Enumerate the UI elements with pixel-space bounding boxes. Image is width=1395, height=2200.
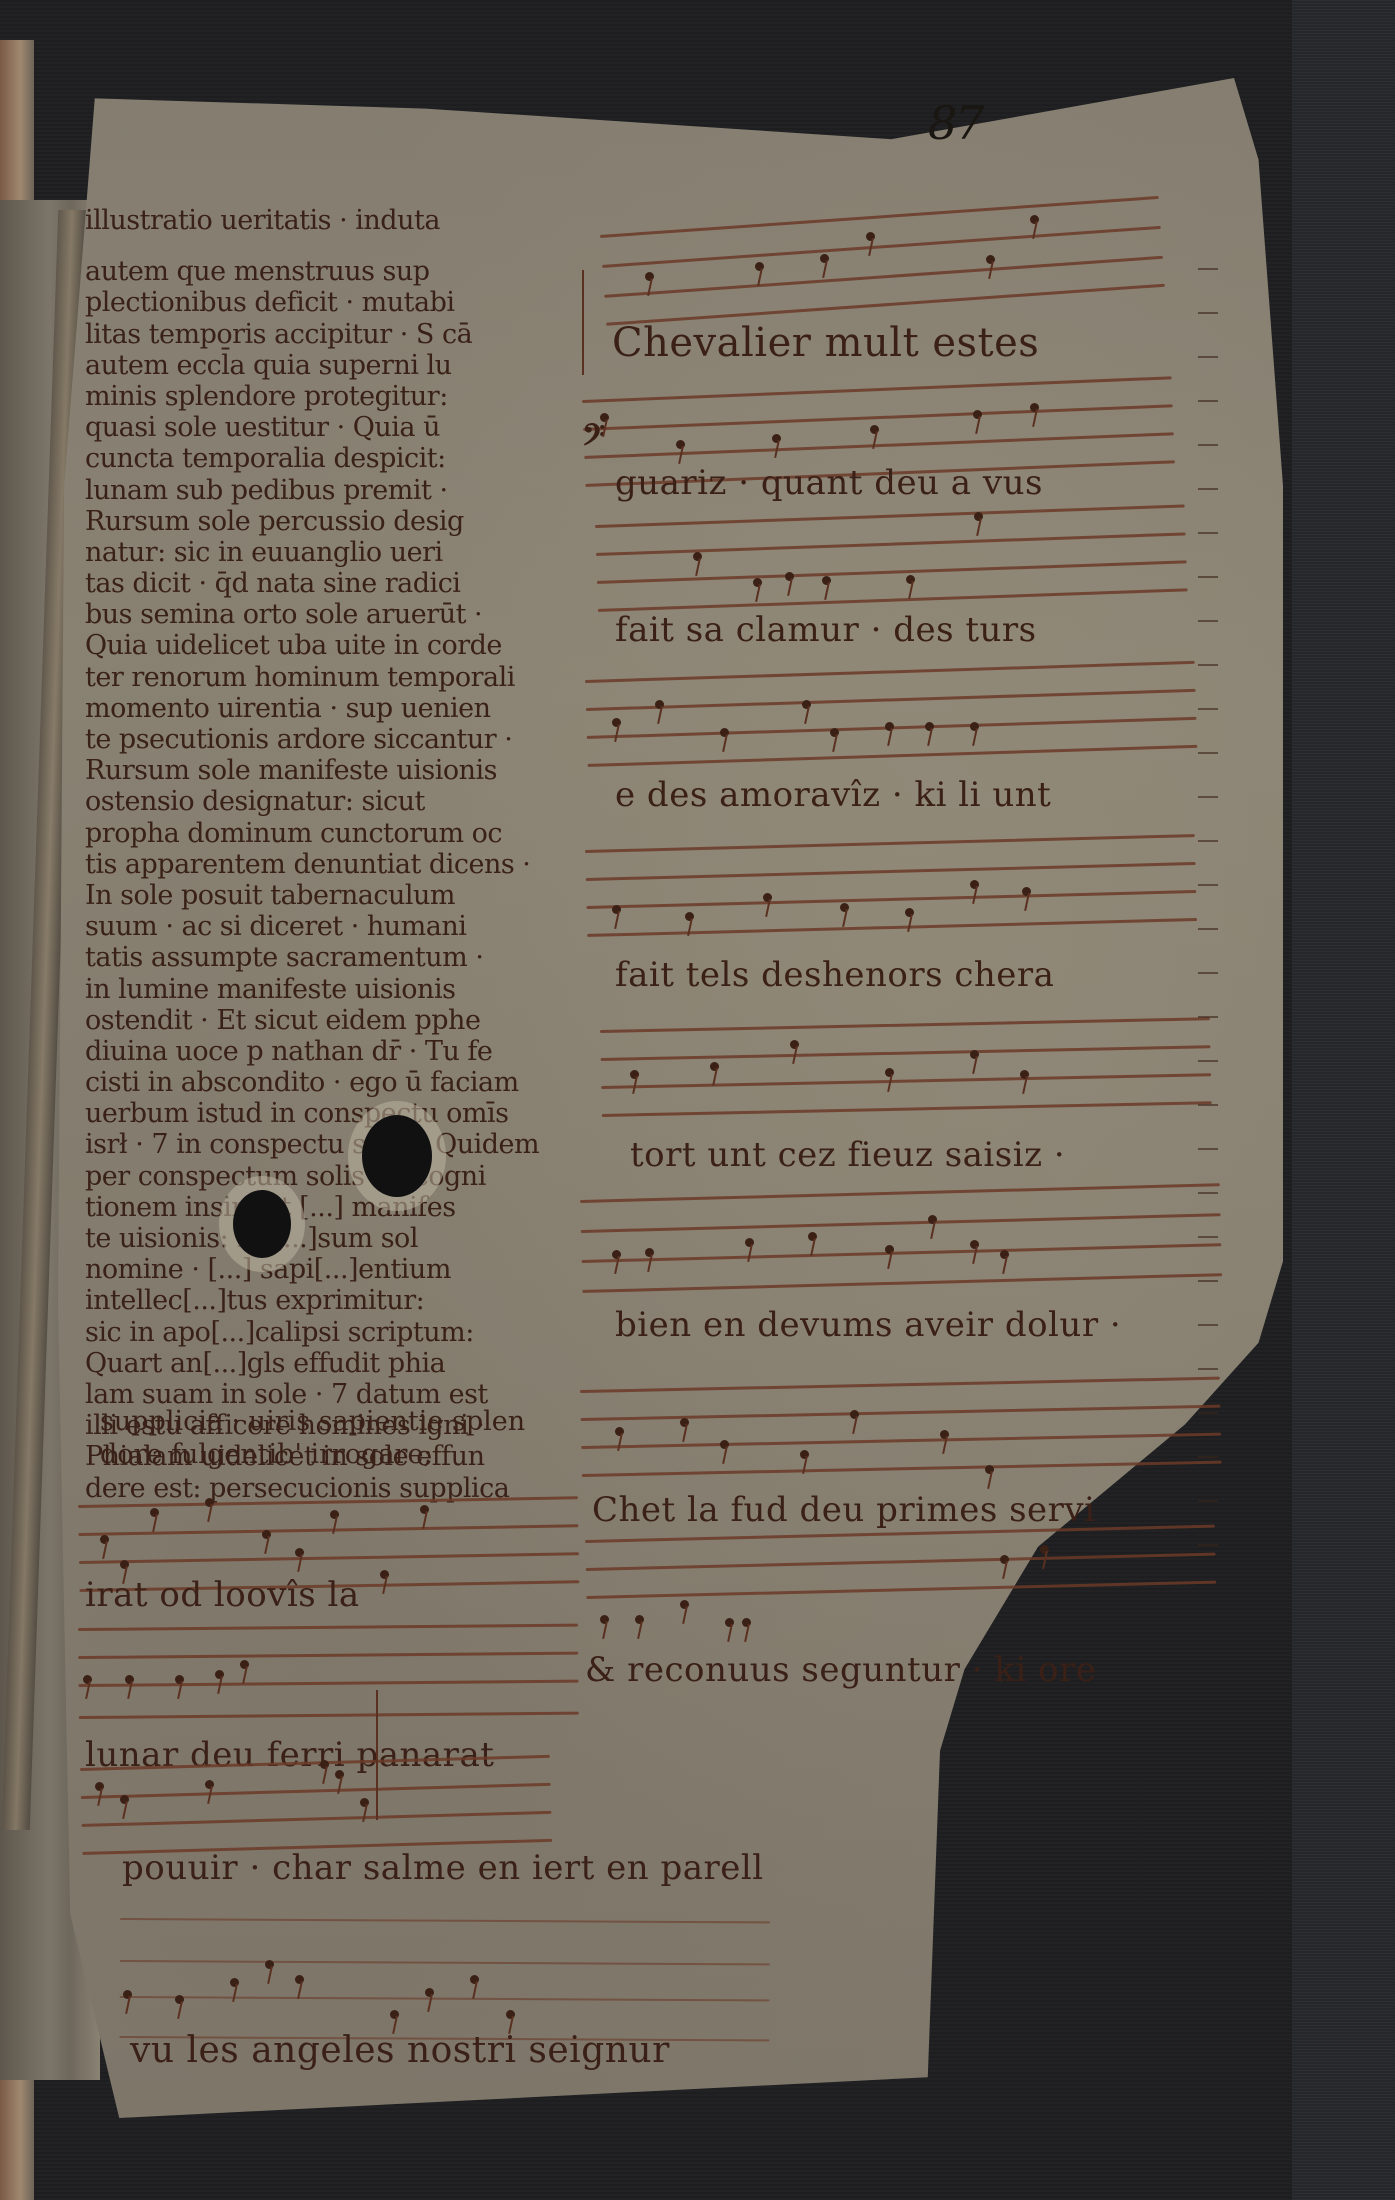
neume: [175, 1675, 184, 1684]
neume: [725, 1618, 734, 1627]
neume: [685, 912, 694, 921]
neume: [265, 1960, 274, 1969]
latin-line: Quia uidelicet uba uite in corde: [85, 630, 605, 661]
neume: [205, 1780, 214, 1789]
folio-number: 87: [928, 96, 983, 150]
neume: [425, 1988, 434, 1997]
lyric-line: irat od loovîs la: [85, 1575, 360, 1615]
neume: [600, 413, 609, 422]
latin-line: sic in apo[...]calipsi scriptum:: [85, 1317, 605, 1348]
latin-line: te uisionis: Ru[...]sum sol: [85, 1223, 605, 1254]
neume: [645, 1248, 654, 1257]
neume: [125, 1675, 134, 1684]
neume: [905, 908, 914, 917]
neume: [635, 1615, 644, 1624]
neume: [120, 1560, 129, 1569]
lyric-line: Chevalier mult estes: [612, 320, 1039, 366]
neume: [655, 700, 664, 709]
latin-line: per conspectum solis · ū cogni: [85, 1161, 605, 1192]
neume: [970, 1050, 979, 1059]
latin-line: suum · ac si diceret · humani: [85, 911, 605, 942]
neume: [820, 254, 829, 263]
neume: [612, 718, 621, 727]
neume: [885, 1068, 894, 1077]
lyric-line: tort unt cez fieuz saisiz ·: [630, 1135, 1065, 1175]
latin-continuation: supplicia · uiris sapientie splen dore f…: [100, 1405, 620, 1471]
neume: [885, 1245, 894, 1254]
neume: [940, 1430, 949, 1439]
neume: [974, 512, 983, 521]
neume: [970, 1240, 979, 1249]
neume: [390, 2010, 399, 2019]
neume: [755, 262, 764, 271]
latin-line: Rursum sole percussio desig: [85, 506, 605, 537]
latin-line: intellec[...]tus exprimitur:: [85, 1285, 605, 1316]
latin-line: ter renorum hominum temporali: [85, 662, 605, 693]
latin-line: autem eccl̄a quia superni lu: [85, 350, 605, 381]
neume: [230, 1978, 239, 1987]
neume: [120, 1795, 129, 1804]
neume: [785, 572, 794, 581]
latin-line: litas temporis accipitur · S cā: [85, 319, 605, 350]
neume: [745, 1238, 754, 1247]
neume: [615, 1427, 624, 1436]
neume: [772, 434, 781, 443]
neume: [885, 722, 894, 731]
neume: [840, 903, 849, 912]
latin-line: quasi sole uestitur · Quia ū: [85, 412, 605, 443]
neume: [240, 1660, 249, 1669]
neume: [612, 905, 621, 914]
clef-icon: 𝄢: [582, 418, 605, 461]
neume: [866, 232, 875, 241]
lyric-line: fait tels deshenors chera: [615, 955, 1054, 995]
neume: [295, 1548, 304, 1557]
neume: [612, 1250, 621, 1259]
neume: [1030, 215, 1039, 224]
lyric-line: Chet la fud deu primes servi: [592, 1490, 1096, 1530]
latin-line: nomine · [...] sapi[...]entium: [85, 1254, 605, 1285]
neume: [710, 1062, 719, 1071]
neume: [680, 1418, 689, 1427]
neume: [870, 425, 879, 434]
neume: [630, 1070, 639, 1079]
neume: [150, 1508, 159, 1517]
neume: [830, 728, 839, 737]
neume: [470, 1975, 479, 1984]
lyric-line: e des amoravîz · ki li unt: [615, 775, 1051, 815]
latin-line: te psecutionis ardore siccantur ·: [85, 724, 605, 755]
neume: [986, 255, 995, 264]
neume: [600, 1615, 609, 1624]
neume: [753, 578, 762, 587]
neume: [645, 272, 654, 281]
latin-line: dore fulgentib' irrogare;: [100, 1438, 620, 1471]
neume: [802, 700, 811, 709]
neume: [330, 1510, 339, 1519]
latin-line: Quart an[...]gls effudit phia: [85, 1348, 605, 1379]
lyric-line: & reconuus seguntur · ki ore: [585, 1650, 1096, 1690]
hole: [362, 1115, 432, 1197]
neume: [175, 1995, 184, 2004]
latin-line: autem que menstruus sup: [85, 256, 605, 287]
margin-rule: [582, 270, 584, 375]
latin-line: cuncta temporalia despicit:: [85, 443, 605, 474]
neume: [205, 1498, 214, 1507]
neume: [742, 1618, 751, 1627]
neume: [822, 576, 831, 585]
neume: [693, 552, 702, 561]
latin-line: propha dominum cunctorum oc: [85, 818, 605, 849]
neume: [906, 575, 915, 584]
latin-line: In sole posuit tabernaculum: [85, 880, 605, 911]
latin-line: tionem insinuat [...] manifes: [85, 1192, 605, 1223]
lyric-line: pouuir · char salme en iert en parell: [122, 1848, 764, 1888]
neume: [335, 1770, 344, 1779]
neume: [970, 880, 979, 889]
latin-line: Rursum sole manifeste uisionis: [85, 755, 605, 786]
neume: [850, 1410, 859, 1419]
neume: [360, 1798, 369, 1807]
lyric-line: guariz · quant deu a vus: [615, 463, 1043, 503]
latin-line: ostendit · Et sicut eidem pphe: [85, 1005, 605, 1036]
right-board: [1292, 0, 1395, 2200]
neume: [985, 1465, 994, 1474]
latin-line: plectionibus deficit · mutabi: [85, 287, 605, 318]
latin-line: supplicia · uiris sapientie splen: [100, 1405, 620, 1438]
lyric-line: bien en devums aveir dolur ·: [615, 1305, 1121, 1345]
neume: [808, 1232, 817, 1241]
latin-line: isrł · 7 in conspectu solis · Quidem: [85, 1129, 605, 1160]
neume: [1020, 1070, 1029, 1079]
latin-line: natur: sic in euuanglio ueri: [85, 537, 605, 568]
latin-line: tis apparentem denuntiat dicens ·: [85, 849, 605, 880]
neume: [420, 1505, 429, 1514]
neume: [676, 440, 685, 449]
latin-line: momento uirentia · sup uenien: [85, 693, 605, 724]
latin-line: cisti in abscondito · ego ū faciam: [85, 1067, 605, 1098]
neume: [925, 722, 934, 731]
neume: [262, 1530, 271, 1539]
neume: [970, 722, 979, 731]
neume: [215, 1670, 224, 1679]
neume: [763, 893, 772, 902]
neume: [928, 1215, 937, 1224]
latin-line: bus semina orto sole aruerūt ·: [85, 599, 605, 630]
latin-line: lunam sub pedibus premit ·: [85, 475, 605, 506]
neume: [1000, 1555, 1009, 1564]
neume: [123, 1990, 132, 1999]
latin-text-column: illustratio ueritatis · induta autem que…: [85, 205, 605, 1504]
latin-line: uerbum istud in conspectu omīs: [85, 1098, 605, 1129]
latin-line: diuina uoce p nathan dr̄ · Tu fe: [85, 1036, 605, 1067]
neume: [1040, 1545, 1049, 1554]
neume: [320, 1760, 329, 1769]
neume: [100, 1535, 109, 1544]
neume: [1000, 1250, 1009, 1259]
line-end-bar: [376, 1690, 378, 1820]
neume: [295, 1975, 304, 1984]
lyric-line: vu les angeles nostri seignur: [130, 2030, 670, 2071]
latin-line: in lumine manifeste uisionis: [85, 974, 605, 1005]
neume: [506, 2010, 515, 2019]
neume: [83, 1675, 92, 1684]
neume: [380, 1570, 389, 1579]
neume: [1022, 887, 1031, 896]
lyric-line: fait sa clamur · des turs: [615, 610, 1037, 650]
latin-line: tatis assumpte sacramentum ·: [85, 942, 605, 973]
latin-line: illustratio ueritatis · induta: [85, 205, 605, 236]
neume: [720, 1440, 729, 1449]
neume: [790, 1040, 799, 1049]
neume: [720, 728, 729, 737]
neume: [800, 1450, 809, 1459]
hole: [233, 1190, 291, 1258]
neume: [680, 1600, 689, 1609]
neume: [973, 410, 982, 419]
neume: [1030, 403, 1039, 412]
latin-line: tas dicit · q̄d nata sine radici: [85, 568, 605, 599]
pricking-marks: [1198, 230, 1218, 1580]
latin-line: minis splendore protegitur:: [85, 381, 605, 412]
latin-line: ostensio designatur: sicut: [85, 786, 605, 817]
neume: [95, 1782, 104, 1791]
